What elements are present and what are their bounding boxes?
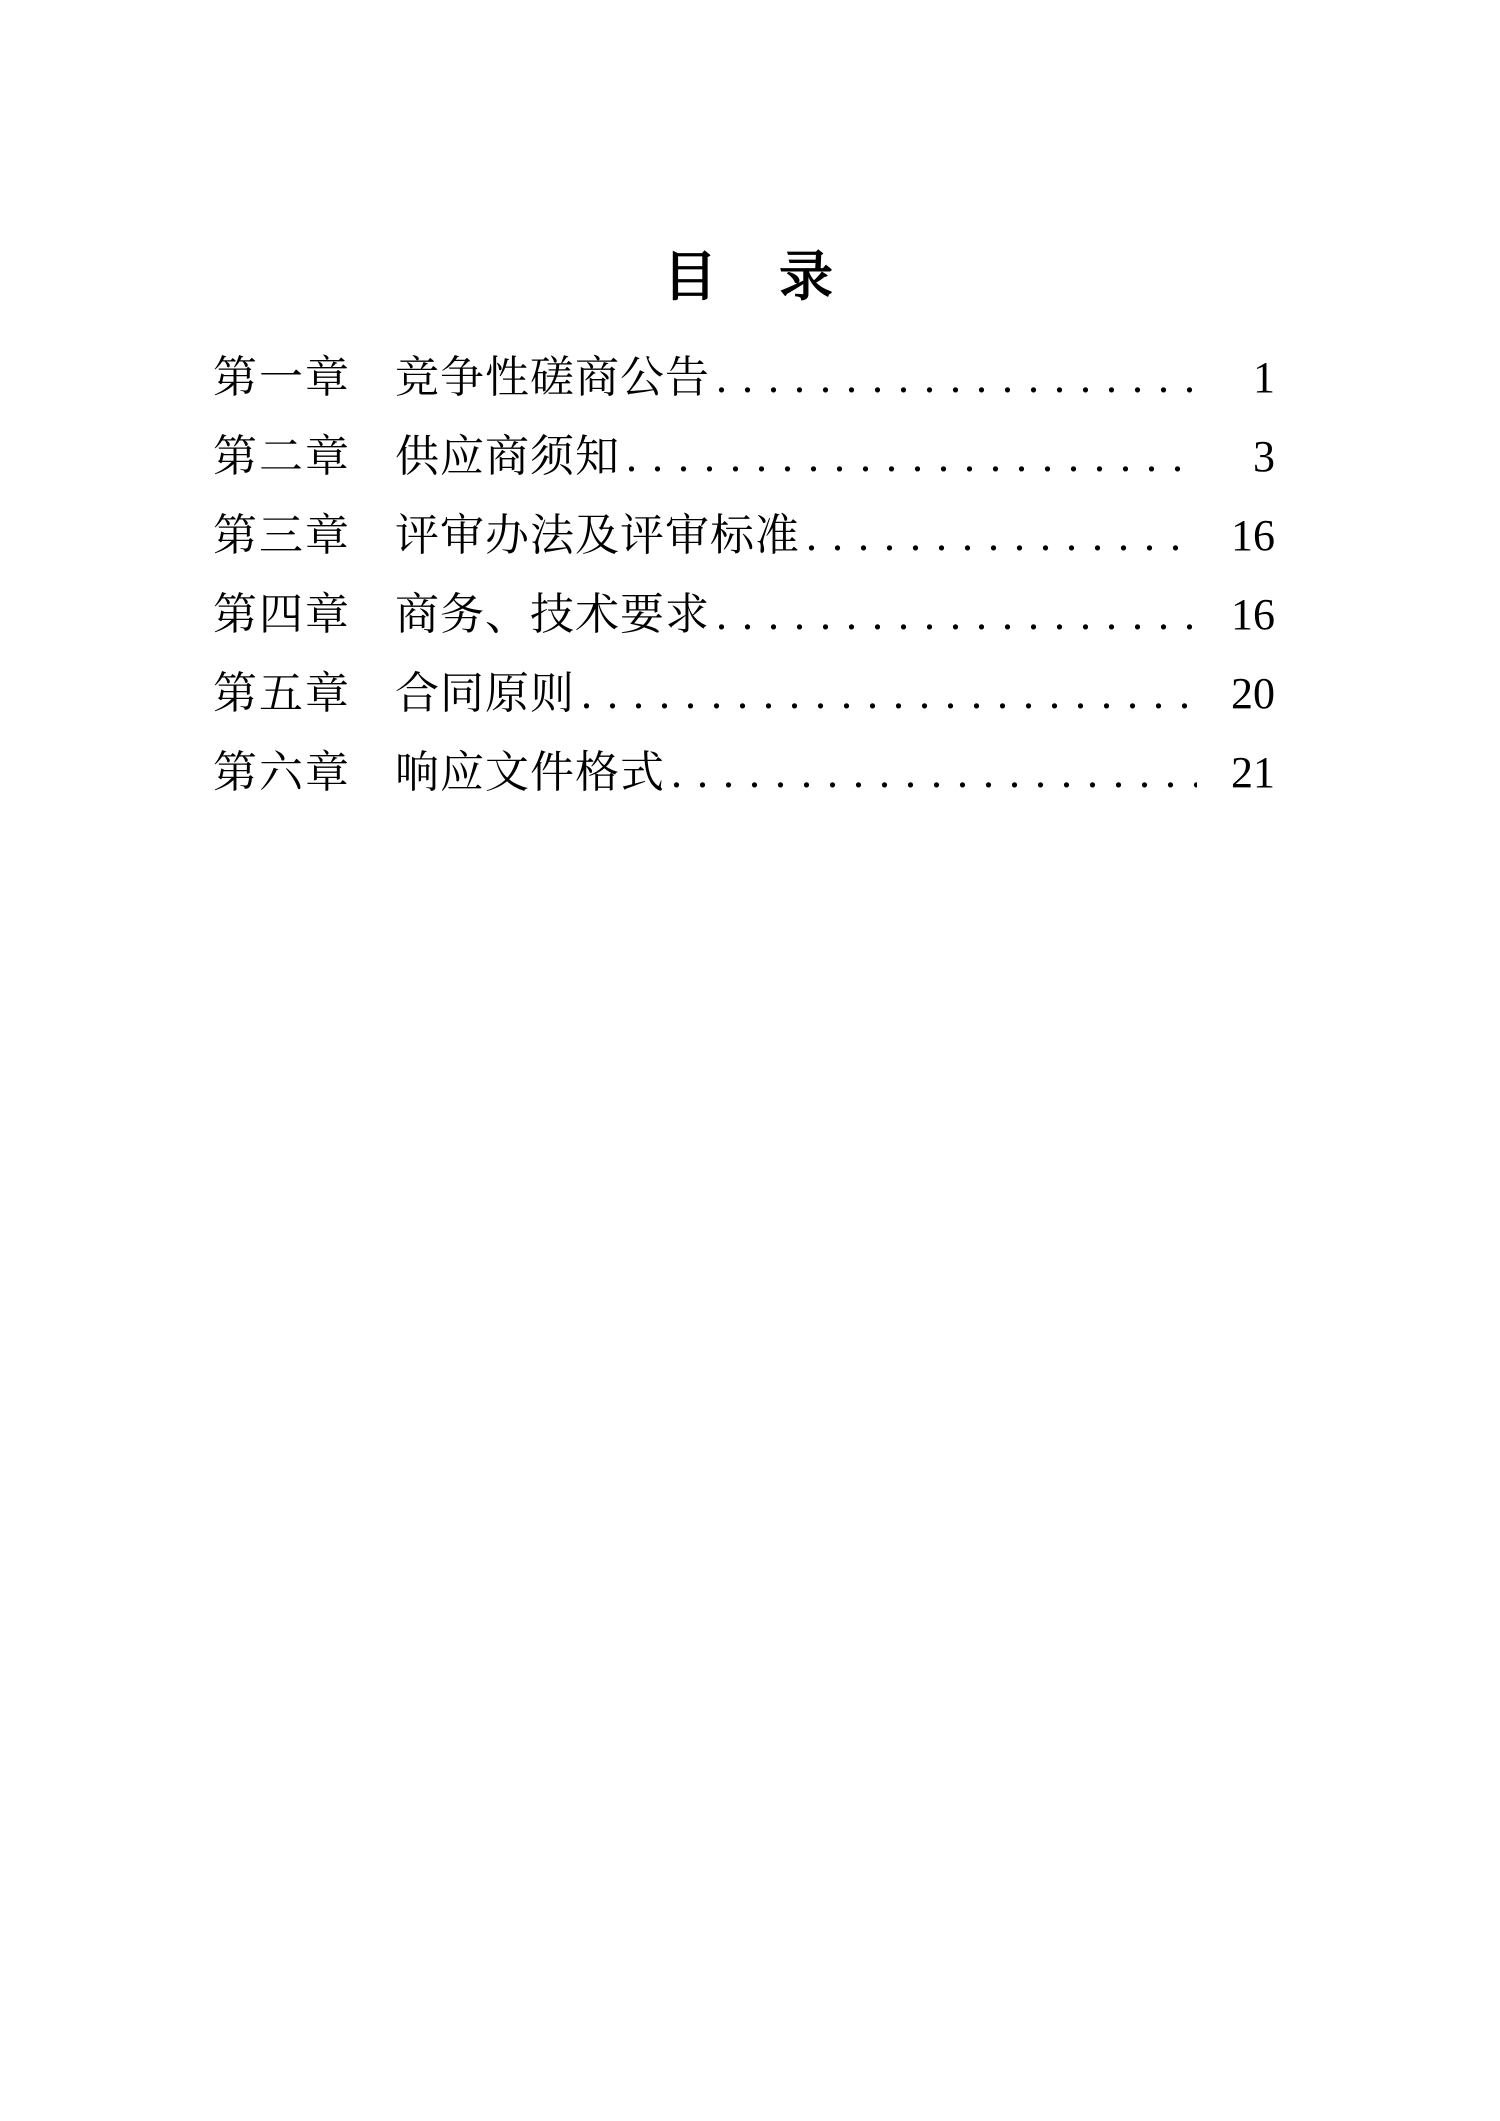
toc-page-number: 20 [1197,654,1275,733]
toc-page-number: 1 [1197,338,1275,417]
toc-entry-title: 供应商须知 [395,417,620,496]
toc-entry: 第五章 合同原则 ...............................… [213,654,1275,733]
toc-entry-title: 商务、技术要求 [395,575,710,654]
toc-page-number: 16 [1197,575,1275,654]
toc-page-number: 21 [1197,733,1275,812]
table-of-contents: 第一章 竞争性磋商公告 ............................… [213,338,1275,812]
toc-chapter-label: 第六章 [213,733,351,812]
toc-entry: 第四章 商务、技术要求 ............................… [213,575,1275,654]
dot-leader: ........................................… [716,575,1197,654]
toc-entry: 第一章 竞争性磋商公告 ............................… [213,338,1275,417]
toc-entry: 第二章 供应商须知 ..............................… [213,417,1275,496]
document-page: 目 录 第一章 竞争性磋商公告 ........................… [0,0,1500,2121]
dot-leader: ........................................… [581,654,1197,733]
toc-chapter-label: 第四章 [213,575,351,654]
dot-leader: ........................................… [626,417,1197,496]
toc-page-number: 16 [1197,496,1275,575]
toc-chapter-label: 第三章 [213,496,351,575]
toc-entry-title: 合同原则 [395,654,575,733]
toc-chapter-label: 第五章 [213,654,351,733]
toc-chapter-label: 第一章 [213,338,351,417]
toc-entry-title: 响应文件格式 [395,733,665,812]
toc-chapter-label: 第二章 [213,417,351,496]
toc-entry: 第三章 评审办法及评审标准 ..........................… [213,496,1275,575]
toc-page-number: 3 [1197,417,1275,496]
dot-leader: ........................................… [806,496,1197,575]
dot-leader: ........................................… [671,733,1197,812]
page-title: 目 录 [0,0,1500,306]
toc-entry-title: 竞争性磋商公告 [395,338,710,417]
toc-entry: 第六章 响应文件格式 .............................… [213,733,1275,812]
dot-leader: ........................................… [716,338,1197,417]
toc-entry-title: 评审办法及评审标准 [395,496,800,575]
